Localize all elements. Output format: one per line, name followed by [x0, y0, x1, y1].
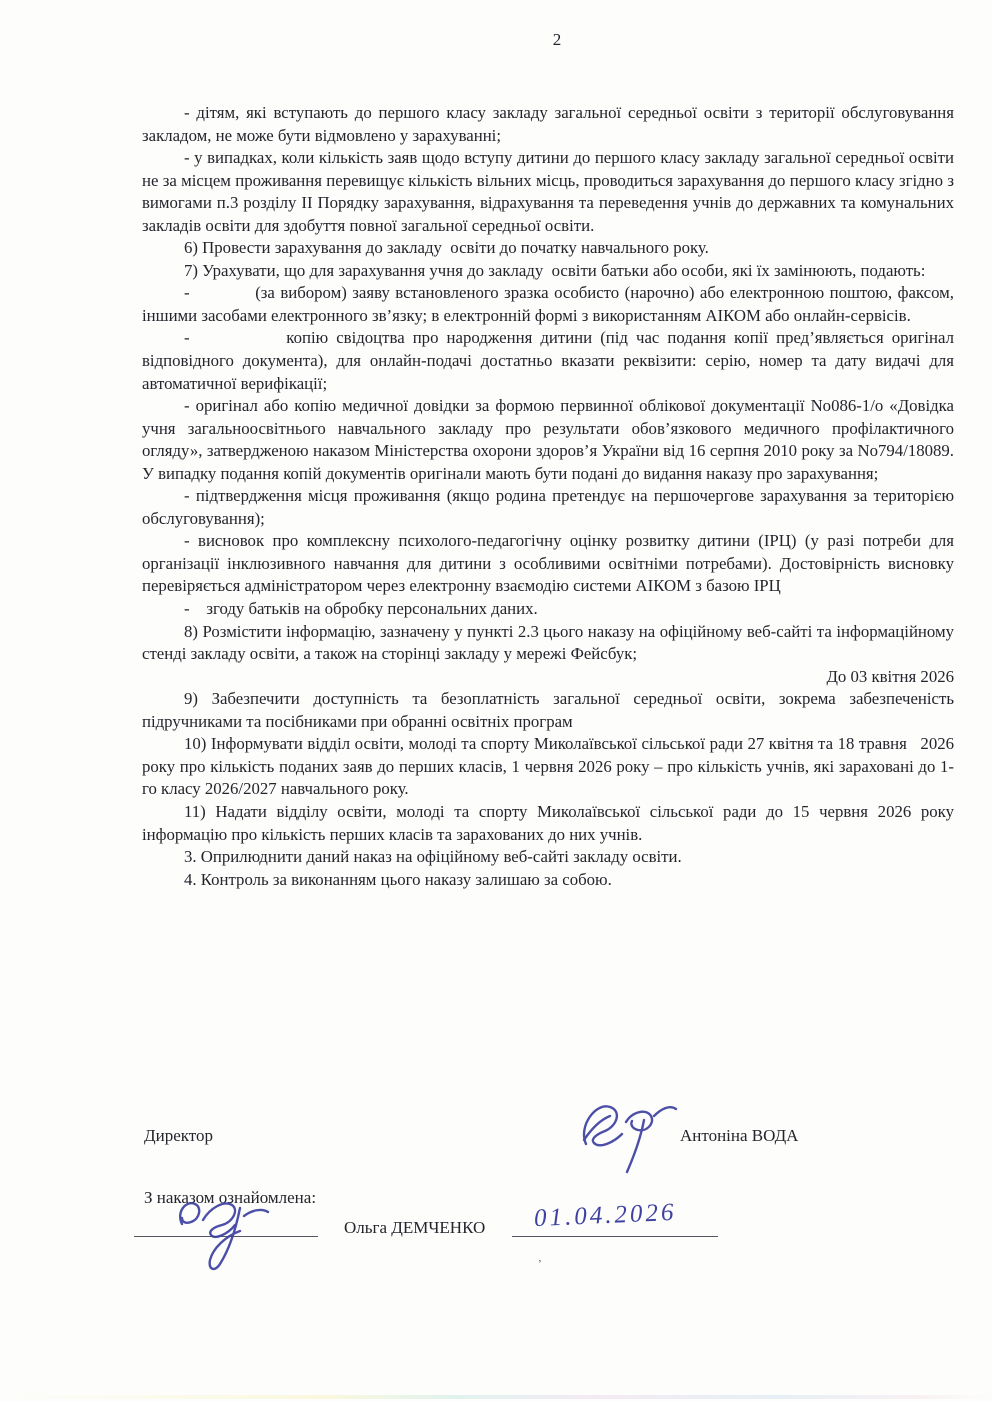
paragraph: 7) Урахувати, що для зарахування учня до… — [142, 260, 954, 283]
paragraph: - підтвердження місця проживання (якщо р… — [142, 485, 954, 530]
paragraph: 8) Розмістити інформацію, зазначену у пу… — [142, 621, 954, 666]
paragraphs: - дітям, які вступають до першого класу … — [142, 102, 954, 891]
paragraph: 9) Забезпечити доступність та безоплатні… — [142, 688, 954, 733]
document-content: 2 - дітям, які вступають до першого клас… — [142, 30, 954, 891]
director-signature-image — [570, 1092, 682, 1183]
scan-artifact-strip — [0, 1395, 992, 1399]
acknowledgment-signature-image — [170, 1186, 310, 1287]
paragraph: 3. Оприлюднити даний наказ на офіційному… — [142, 846, 954, 869]
paragraph: - у випадках, коли кількість заяв щодо в… — [142, 147, 954, 237]
handwritten-date: 01.04.2026 — [533, 1199, 677, 1233]
paragraph: 11) Надати відділу освіти, молоді та спо… — [142, 801, 954, 846]
page-number: 2 — [160, 30, 954, 50]
paragraph: - копію свідоцтва про народження дитини … — [142, 327, 954, 395]
paragraph: 6) Провести зарахування до закладу освіт… — [142, 237, 954, 260]
paragraph: 10) Інформувати відділ освіти, молоді та… — [142, 733, 954, 801]
acknowledged-name: Ольга ДЕМЧЕНКО — [344, 1218, 485, 1238]
acknowledgment-row: Ольга ДЕМЧЕНКО 01.04.2026 — [142, 1210, 954, 1250]
director-name: Антоніна ВОДА — [680, 1126, 798, 1146]
signature-block: Директор Антоніна ВОДА З наказом ознайом… — [142, 1100, 954, 1250]
paragraph: - висновок про комплексну психолого-педа… — [142, 530, 954, 598]
scan-speck: ’ — [538, 1258, 542, 1270]
paragraph: До 03 квітня 2026 — [142, 666, 954, 689]
scanned-document-page: 2 - дітям, які вступають до першого клас… — [0, 0, 992, 1402]
paragraph: - (за вибором) заяву встановленого зразк… — [142, 282, 954, 327]
paragraph: 4. Контроль за виконанням цього наказу з… — [142, 869, 954, 892]
paragraph: - згоду батьків на обробку персональних … — [142, 598, 954, 621]
date-underline — [512, 1236, 718, 1237]
director-signature-row: Директор Антоніна ВОДА — [142, 1100, 954, 1170]
director-label: Директор — [144, 1126, 213, 1146]
paragraph: - дітям, які вступають до першого класу … — [142, 102, 954, 147]
paragraph: - оригінал або копію медичної довідки за… — [142, 395, 954, 485]
